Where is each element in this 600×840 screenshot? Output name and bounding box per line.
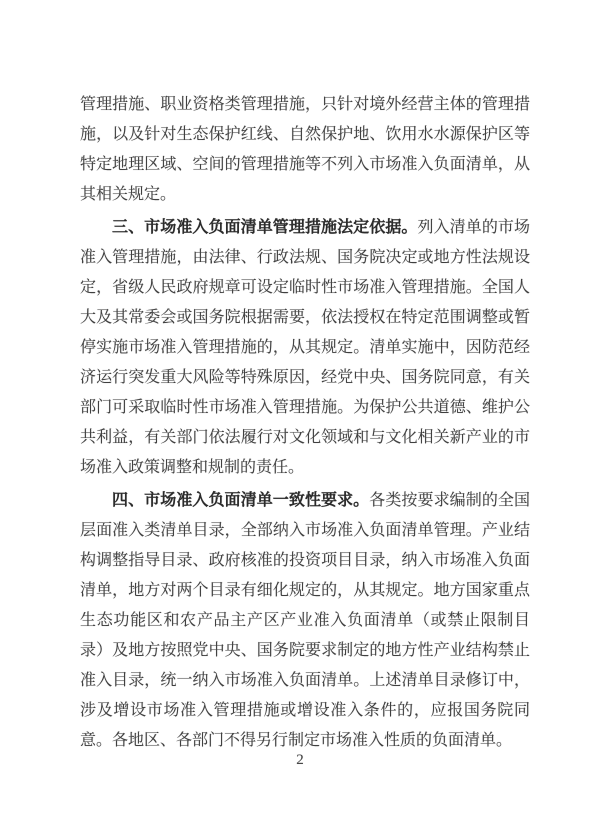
paragraph: 管理措施、职业资格类管理措施，只针对境外经营主体的管理措施，以及针对生态保护红线… <box>80 90 530 210</box>
section-heading: 三、市场准入负面清单管理措施法定依据。 <box>112 219 418 236</box>
document-page: 管理措施、职业资格类管理措施，只针对境外经营主体的管理措施，以及针对生态保护红线… <box>0 0 600 840</box>
paragraph-text: 列入清单的市场准入管理措施，由法律、行政法规、国务院决定或地方性法规设定，省级人… <box>80 219 530 476</box>
document-body: 管理措施、职业资格类管理措施，只针对境外经营主体的管理措施，以及针对生态保护红线… <box>80 90 530 756</box>
page-number: 2 <box>0 750 600 770</box>
section-heading: 四、市场准入负面清单一致性要求。 <box>112 492 369 509</box>
paragraph: 四、市场准入负面清单一致性要求。各类按要求编制的全国层面准入类清单目录，全部纳入… <box>80 486 530 756</box>
paragraph: 三、市场准入负面清单管理措施法定依据。列入清单的市场准入管理措施，由法律、行政法… <box>80 213 530 483</box>
paragraph-text: 管理措施、职业资格类管理措施，只针对境外经营主体的管理措施，以及针对生态保护红线… <box>80 96 530 203</box>
paragraph-text: 各类按要求编制的全国层面准入类清单目录，全部纳入市场准入负面清单管理。产业结构调… <box>80 492 530 749</box>
